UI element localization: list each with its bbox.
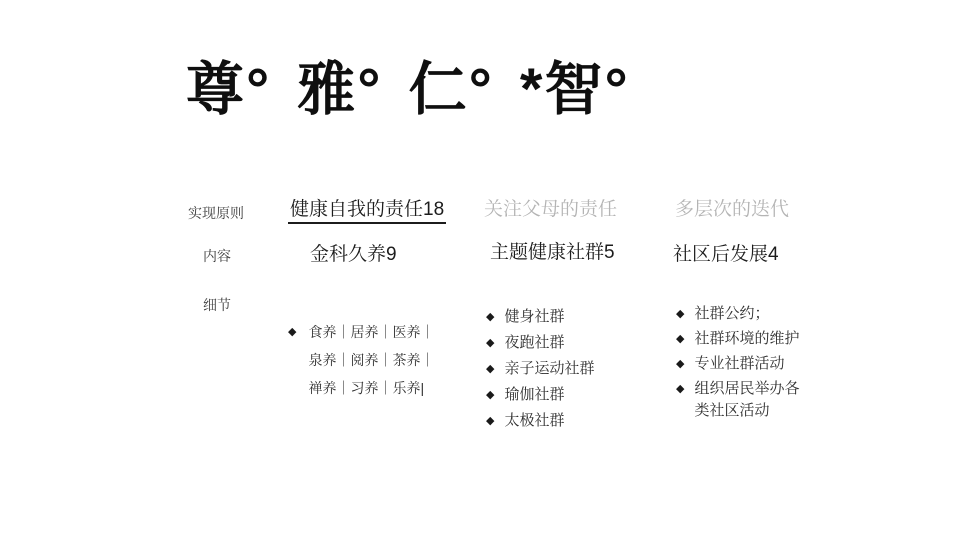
detail-line: 食养｜居养｜医养｜ <box>308 318 434 346</box>
column3-content: 社区后发展4 <box>673 239 779 266</box>
detail-line: 泉养｜阅养｜茶养｜ <box>308 346 434 374</box>
column2-content: 主题健康社群5 <box>490 237 615 264</box>
list-item-label: 亲子运动社群 <box>504 358 594 380</box>
list-item-label: 夜跑社群 <box>504 332 564 354</box>
list-item-label: 社群公约； <box>694 303 769 325</box>
column3-header: 多层次的迭代 <box>675 194 789 221</box>
diamond-bullet-icon: ◆ <box>288 318 296 402</box>
column3-detail-list: ◆ 社群公约； ◆ 社群环境的维护 ◆ 专业社群活动 ◆ 组织居民举办各类社区活… <box>676 303 806 422</box>
list-item: ◆ 社群环境的维护 <box>676 328 806 350</box>
detail-line: 禅养｜习养｜乐养| <box>308 374 434 402</box>
diamond-bullet-icon: ◆ <box>486 332 494 354</box>
diamond-bullet-icon: ◆ <box>676 303 684 325</box>
list-item: ◆ 夜跑社群 <box>486 332 594 354</box>
list-item: ◆ 健身社群 <box>486 306 594 328</box>
list-item: ◆ 瑜伽社群 <box>486 384 594 406</box>
list-item-label: 专业社群活动 <box>694 353 784 375</box>
list-item-label: 健身社群 <box>504 306 564 328</box>
diamond-bullet-icon: ◆ <box>676 328 684 350</box>
column1-detail-block: ◆ 食养｜居养｜医养｜ 泉养｜阅养｜茶养｜ 禅养｜习养｜乐养| <box>288 318 434 402</box>
list-item: ◆ 专业社群活动 <box>676 353 806 375</box>
list-item: ◆ 太极社群 <box>486 410 594 432</box>
list-item: ◆ 组织居民举办各类社区活动 <box>676 378 806 422</box>
list-item-label: 太极社群 <box>504 410 564 432</box>
column1-header: 健康自我的责任18 <box>288 194 446 224</box>
list-item: ◆ 社群公约； <box>676 303 806 325</box>
list-item-label: 社群环境的维护 <box>694 328 799 350</box>
column1-detail-lines: 食养｜居养｜医养｜ 泉养｜阅养｜茶养｜ 禅养｜习养｜乐养| <box>308 318 434 402</box>
diamond-bullet-icon: ◆ <box>486 410 494 432</box>
list-item-label: 组织居民举办各类社区活动 <box>694 378 806 422</box>
row-label-detail: 细节 <box>203 295 231 315</box>
slide: 尊° 雅° 仁° *智° 实现原则 内容 细节 健康自我的责任18 关注父母的责… <box>0 0 960 540</box>
column2-header: 关注父母的责任 <box>484 194 617 221</box>
diamond-bullet-icon: ◆ <box>676 378 684 400</box>
column2-detail-list: ◆ 健身社群 ◆ 夜跑社群 ◆ 亲子运动社群 ◆ 瑜伽社群 ◆ 太极社群 <box>486 306 594 432</box>
diamond-bullet-icon: ◆ <box>486 306 494 328</box>
row-label-content: 内容 <box>203 246 231 266</box>
column1-content: 金科久养9 <box>310 239 397 266</box>
diamond-bullet-icon: ◆ <box>486 384 494 406</box>
diamond-bullet-icon: ◆ <box>676 353 684 375</box>
row-label-principle: 实现原则 <box>188 203 244 223</box>
slide-title: 尊° 雅° 仁° *智° <box>186 58 630 122</box>
list-item: ◆ 亲子运动社群 <box>486 358 594 380</box>
list-item-label: 瑜伽社群 <box>504 384 564 406</box>
diamond-bullet-icon: ◆ <box>486 358 494 380</box>
